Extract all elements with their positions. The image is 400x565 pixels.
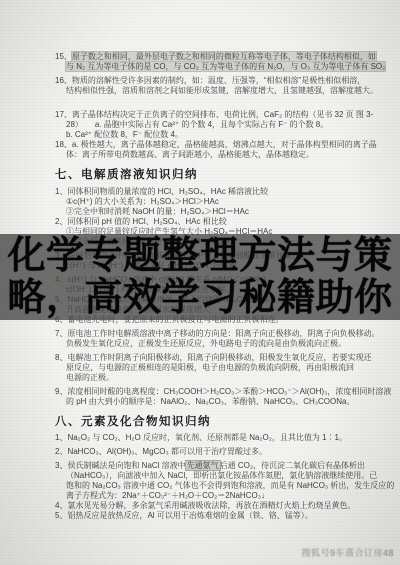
doc-line: 8、电解池工作时阴离子向阳极移动，阳离子向阴极移动，阳极发生氧化反应，若要实现还 — [55, 353, 397, 363]
doc-line: 17、离子晶体结构决定于正负离子的空间排布、电荷比例，CaF₂ 的结构（见书 3… — [55, 110, 397, 120]
doc-line: 28） a. 晶胞中实际占有 Ca²⁺ 的个数 4，且每个实际占有 F⁻ 的个数… — [55, 120, 397, 130]
doc-line: 9、浓度相同时酸的电离程度：CH₃COOH＞H₂CO₃＞苯酚＞HCO₃⁻＞Al(… — [55, 387, 397, 397]
doc-line: 原反应，与电源的正极相连的是阳极，电子由电源的负极流向阴极，再由阳极流回 — [55, 363, 397, 373]
doc-text: 后通 CO₂，待沉淀二氧化碳后有晶体析出 — [220, 461, 365, 470]
doc-line: （NaHCO₃），向滤液中加入 NaCl，即析出氯化铵晶体作氮肥，氯化钠溶液继续… — [55, 471, 397, 481]
doc-line: 离子方程式为：2Na⁺＋CO₃²⁻＋H₂O＋CO₂＝2NaHCO₃↓ — [55, 491, 397, 501]
doc-line: 2、同体积同 pH 值的 HCl、H₂SO₄、HAc 相比较 — [55, 217, 397, 227]
doc-line: 1、同体积同物质的量浓度的 HCl、H₂SO₄、HAc 稀溶液比较 — [55, 187, 397, 197]
doc-line: 2、NaHCO₃、Al(OH)₃、MgCO₃ 都可以用于治疗胃酸过多。 — [55, 447, 397, 457]
doc-line: ②完全中和时消耗 NaOH 的量：H₂SO₄＞HCl＝HAc — [55, 207, 397, 217]
highlighted-text: 与 N₂ 互为等电子体的是 CO，与 CO₂ 互为等电子体的有 N₂O，与 O₃… — [66, 62, 385, 71]
doc-line: 与 N₂ 互为等电子体的是 CO，与 CO₂ 互为等电子体的有 N₂O，与 O₃… — [55, 62, 397, 72]
doc-line: 15、原子数之和相同，最外层电子数之和相同的微粒互称等电子体，等电子体结构相似，… — [55, 52, 397, 62]
section-header: 八、元素及化合物知识归纳 — [55, 415, 397, 429]
doc-text: 15、 — [55, 52, 72, 61]
doc-line: 7、原电池工作时电解质溶液中离子移动的方向是：阳离子向正极移动，阴离子向负极移动… — [55, 329, 397, 339]
doc-line: b. Ca²⁺ 配位数 8，F⁻ 配位数 4。 — [55, 130, 397, 140]
section-header: 七、电解质溶液知识归纳 — [55, 168, 397, 182]
doc-line: 3、侯氏制碱法是向饱和 NaCl 溶液中先通氨气后通 CO₂，待沉淀二氧化碳后有… — [55, 461, 397, 471]
doc-line: 饱和的 Na₂CO₃ 溶液中通 CO₂ 气体也不会得到饱和溶液，而是有 NaHC… — [55, 481, 397, 491]
doc-line: 4、氯水见光易分解，多余氯气采用碱液吸收法除，再放在酒精灯火焰上灼烧呈黄色。 — [55, 501, 397, 511]
doc-line: 16、物质的溶解性受许多因素的制约，如：温度、压强等，“相似相溶”是极性相似相溶… — [55, 76, 397, 86]
doc-line: 电源的正极。 — [55, 373, 397, 383]
doc-text: 3、侯氏制碱法是向饱和 NaCl 溶液中 — [55, 461, 186, 470]
watermark-text-line-2: 略，高效学习秘籍助你 — [7, 277, 392, 319]
doc-line: 结构相似性强，溶质和溶剂之间如能形成氢键，溶解度增大，且氢键越强，溶解度越大。 — [55, 86, 397, 96]
corner-watermark: 搜狐号9车熹合订房48 — [301, 546, 394, 559]
highlighted-text: 原子数之和相同，最外层电子数之和相同的微粒互称等电子体，等电子体结构相似，如 — [72, 52, 376, 61]
watermark-text-line-1: 化学专题整理方法与策 — [7, 235, 392, 277]
watermark-overlay-band: 化学专题整理方法与策 略，高效学习秘籍助你 — [0, 234, 400, 320]
scanned-document-page: 15、原子数之和相同，最外层电子数之和相同的微粒互称等电子体，等电子体结构相似，… — [0, 0, 400, 565]
doc-line: ①c(H⁺) 的大小关系为：H₂SO₄＞HCl＞HAc — [55, 197, 397, 207]
doc-line: 的 pH 由大到小的顺序是：NaAlO₂、Na₂CO₃、苯酚钠、NaHCO₃、C… — [55, 397, 397, 407]
highlighted-text: 先通氨气 — [186, 461, 220, 470]
doc-line: 体：离子所带电荷数越高、离子间距越小，晶格能越大，晶体越稳定。 — [55, 150, 397, 160]
doc-line: 1、Na₂O₂ 与 CO₂、H₂O 反应时，氧化剂、还原剂都是 Na₂O₂，且其… — [55, 433, 397, 443]
doc-line: 5、铝热反应是放热反应，Al 可以用于冶炼难熔的金属（铁、铬、锰等）。 — [55, 511, 397, 521]
doc-line: 18、a. 极性越大，离子晶体越稳定，晶格能越高，熔沸点越大，对于晶体构型相同的… — [55, 140, 397, 150]
doc-line: 负极发生氧化反应，正极发生还原反应，外电路电子的流向是由负极流向正极。 — [55, 339, 397, 349]
